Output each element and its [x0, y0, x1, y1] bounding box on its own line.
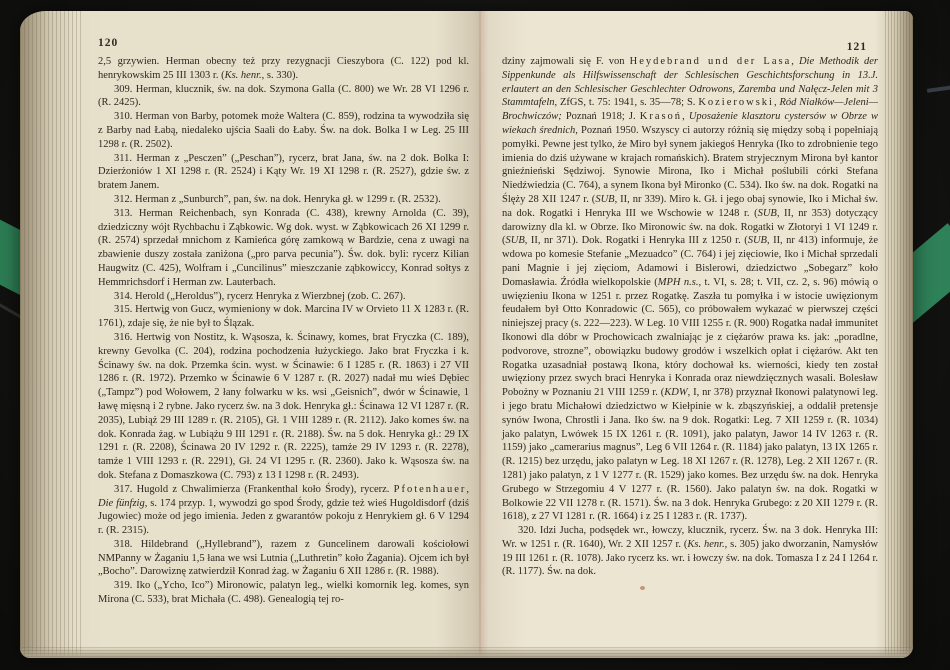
paragraph: 320. Idzi Jucha, podsędek wr., łowczy, k… [502, 524, 878, 579]
paragraph: dziny zajmowali się F. von Heydebrand un… [502, 55, 878, 524]
paragraph: 315. Hertwig von Gucz, wymieniony w dok.… [98, 303, 469, 331]
paragraph: 309. Herman, klucznik, św. na dok. Szymo… [98, 83, 469, 111]
text-segment: , [791, 56, 799, 67]
text-segment: 319. Iko („Ycho, Ico”) Mironowic, palaty… [98, 580, 469, 605]
page-number-left: 120 [98, 37, 118, 49]
paragraph: 316. Hertwig von Nostitz, k. Wąsosza, k.… [98, 331, 469, 483]
text-segment: Pfotenhauer [394, 484, 467, 495]
text-segment: 317. Hugold z Chwalimierza (Frankenthal … [114, 484, 394, 495]
paragraph: 319. Iko („Ycho, Ico”) Mironowic, palaty… [98, 579, 469, 607]
page-edge-stack-bottom [22, 647, 911, 658]
text-segment: SUB [758, 208, 777, 219]
text-segment: Ks. henr. [225, 70, 262, 81]
text-segment: 314. Herold („Heroldus”), rycerz Henryka… [114, 291, 406, 302]
text-segment: SUB [595, 194, 614, 205]
paragraph: 317. Hugold z Chwalimierza (Frankenthal … [98, 483, 469, 538]
text-segment: 311. Herman z „Pesczen” („Peschan”), ryc… [98, 153, 469, 192]
text-segment: Poznań 1918; J. [562, 111, 640, 122]
text-segment: 315. Hertwig von Gucz, wymieniony w dok.… [98, 304, 469, 329]
page-edge-lines-right [883, 11, 913, 658]
text-segment: , [466, 484, 469, 495]
book-scan-scene: 120 121 2,5 grzywien. Herman obecny też … [0, 0, 950, 670]
text-segment: , II, nr 371). Dok. Rogatki i Henryka II… [525, 235, 748, 246]
text-segment: 318. Hildebrand („Hyllebrand”), razem z … [98, 539, 469, 578]
text-segment: , ZfGS, t. 75: 1941, s. 35—78; S. [555, 97, 699, 108]
open-book-spread: 120 121 2,5 grzywien. Herman obecny też … [20, 11, 913, 658]
text-segment: 313. Herman Reichenbach, syn Konrada (C.… [98, 208, 469, 288]
text-segment: Heydebrand und der Lasa [630, 56, 792, 67]
paragraph: 310. Herman von Barby, potomek może Walt… [98, 110, 469, 151]
text-segment: dziny zajmowali się F. von [502, 56, 630, 67]
text-segment: 309. Herman, klucznik, św. na dok. Szymo… [98, 84, 469, 109]
text-segment: SUB [506, 235, 525, 246]
text-segment: Kozierowski [698, 97, 774, 108]
page-edge-lines-left [20, 11, 84, 658]
paragraph: 311. Herman z „Pesczen” („Peschan”), ryc… [98, 152, 469, 193]
text-segment: 312. Herman z „Sunburch”, pan, św. na do… [114, 194, 441, 205]
text-segment: Krasoń [640, 111, 682, 122]
paragraph: 312. Herman z „Sunburch”, pan, św. na do… [98, 193, 469, 207]
page-text-left: 2,5 grzywien. Herman obecny też przy rez… [98, 55, 469, 607]
text-segment: 316. Hertwig von Nostitz, k. Wąsosza, k.… [98, 332, 469, 481]
text-segment: 310. Herman von Barby, potomek może Walt… [98, 111, 469, 150]
text-segment: Ks. henr. [687, 539, 724, 550]
text-segment: , s. 330). [262, 70, 298, 81]
text-segment: KDW [664, 387, 687, 398]
paper-stain [640, 586, 645, 590]
text-segment: , [682, 111, 689, 122]
text-segment: , s. 174 przyp. 1, wywodzi go spod Środy… [98, 498, 469, 537]
text-segment: MPH n.s. [658, 277, 699, 288]
text-segment: , I, nr 378) przyznał Ikonowi palatynowi… [502, 387, 878, 522]
text-segment: SUB [748, 235, 767, 246]
text-segment: , Poznań 1950. Wszyscy ci autorzy różnią… [502, 125, 878, 205]
paragraph: 318. Hildebrand („Hyllebrand”), razem z … [98, 538, 469, 579]
page-text-right: dziny zajmowali się F. von Heydebrand un… [502, 55, 878, 579]
page-number-right: 121 [847, 41, 867, 53]
paragraph: 313. Herman Reichenbach, syn Konrada (C.… [98, 207, 469, 290]
book-gutter-crease [479, 11, 481, 658]
text-segment: Die fünfzig [98, 498, 145, 509]
text-segment: , t. VI, s. 28; t. VII, cz. 2, s. 96) mó… [502, 277, 878, 398]
paragraph: 314. Herold („Heroldus”), rycerz Henryka… [98, 290, 469, 304]
paragraph: 2,5 grzywien. Herman obecny też przy rez… [98, 55, 469, 83]
